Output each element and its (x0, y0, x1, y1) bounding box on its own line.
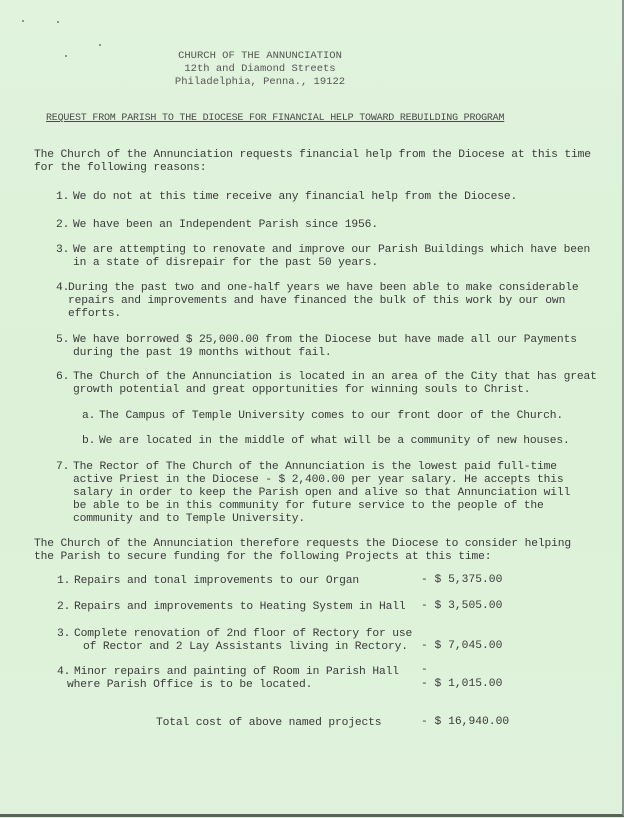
paper-speck (22, 20, 24, 22)
total-amount: - $ 16,940.00 (421, 716, 509, 728)
reason-7-text-cont-2: salary in order to keep the Parish open … (73, 486, 570, 500)
project-2-description: Repairs and improvements to Heating Syst… (74, 600, 405, 614)
reason-4-text-cont: repairs and improvements and have financ… (68, 294, 565, 308)
project-3-number: 3. (57, 627, 70, 641)
reason-2-number: 2. (56, 218, 69, 232)
request-line-2: the Parish to secure funding for the fol… (34, 550, 491, 564)
intro-line-2: for the following reasons: (34, 161, 206, 175)
reason-7-text-cont-4: community and to Temple University. (73, 512, 305, 526)
letterhead-street: 12th and Diamond Streets (140, 63, 380, 76)
project-1-description: Repairs and tonal improvements to our Or… (74, 574, 359, 588)
reason-4-text-cont-2: efforts. (68, 307, 121, 321)
subreason-a-text: The Campus of Temple University comes to… (99, 409, 563, 423)
project-4-extra-dash: - (421, 664, 428, 676)
project-4-description: Minor repairs and painting of Room in Pa… (74, 665, 399, 679)
project-1-amount: - $ 5,375.00 (421, 574, 502, 586)
reason-3-number: 3. (56, 243, 69, 257)
reason-5-text-cont: during the past 19 months without fail. (73, 346, 332, 360)
reason-6-text-cont: growth potential and great opportunities… (73, 383, 530, 397)
reason-2-text: We have been an Independent Parish since… (73, 218, 378, 232)
paper-speck (57, 21, 59, 23)
reason-5-text: We have borrowed $ 25,000.00 from the Di… (73, 333, 577, 347)
reason-3-text-cont: in a state of disrepair for the past 50 … (73, 256, 378, 270)
project-4-number: 4. (57, 665, 70, 679)
reason-4-text: During the past two and one-half years w… (68, 281, 578, 295)
request-line-1: The Church of the Annunciation therefore… (34, 537, 571, 551)
paper-speck (65, 55, 67, 57)
document-title: REQUEST FROM PARISH TO THE DIOCESE FOR F… (46, 112, 504, 126)
reason-3-text: We are attempting to renovate and improv… (73, 243, 590, 257)
reason-1-text: We do not at this time receive any finan… (73, 190, 517, 204)
reason-6-text: The Church of the Annunciation is locate… (73, 370, 597, 384)
letterhead-city: Philadelphia, Penna., 19122 (140, 76, 380, 89)
document-page: CHURCH OF THE ANNUNCIATION 12th and Diam… (0, 0, 624, 817)
reason-7-text-cont-3: be able to be in this community for futu… (73, 499, 544, 513)
letterhead-church-name: CHURCH OF THE ANNUNCIATION (140, 50, 380, 63)
paper-speck (99, 44, 101, 46)
reason-6-number: 6. (56, 370, 69, 384)
reason-5-number: 5. (56, 333, 69, 347)
subreason-b-text: We are located in the middle of what wil… (99, 434, 570, 448)
project-1-number: 1. (57, 574, 70, 588)
project-2-number: 2. (57, 600, 70, 614)
reason-7-text-cont: active Priest in the Diocese - $ 2,400.0… (73, 473, 564, 487)
project-3-description: Complete renovation of 2nd floor of Rect… (74, 627, 412, 641)
reason-7-text: The Rector of The Church of the Annuncia… (73, 460, 557, 474)
total-label: Total cost of above named projects (156, 716, 381, 730)
reason-7-number: 7. (56, 460, 69, 474)
project-4-amount: - $ 1,015.00 (421, 678, 502, 690)
subreason-b-letter: b. (82, 434, 95, 448)
project-4-description-cont: where Parish Office is to be located. (67, 678, 312, 692)
project-2-amount: - $ 3,505.00 (421, 600, 502, 612)
reason-1-number: 1. (56, 190, 69, 204)
subreason-a-letter: a. (82, 409, 95, 423)
project-3-amount: - $ 7,045.00 (421, 640, 502, 652)
project-3-description-cont: of Rector and 2 Lay Assistants living in… (83, 640, 408, 654)
intro-line-1: The Church of the Annunciation requests … (34, 148, 591, 162)
